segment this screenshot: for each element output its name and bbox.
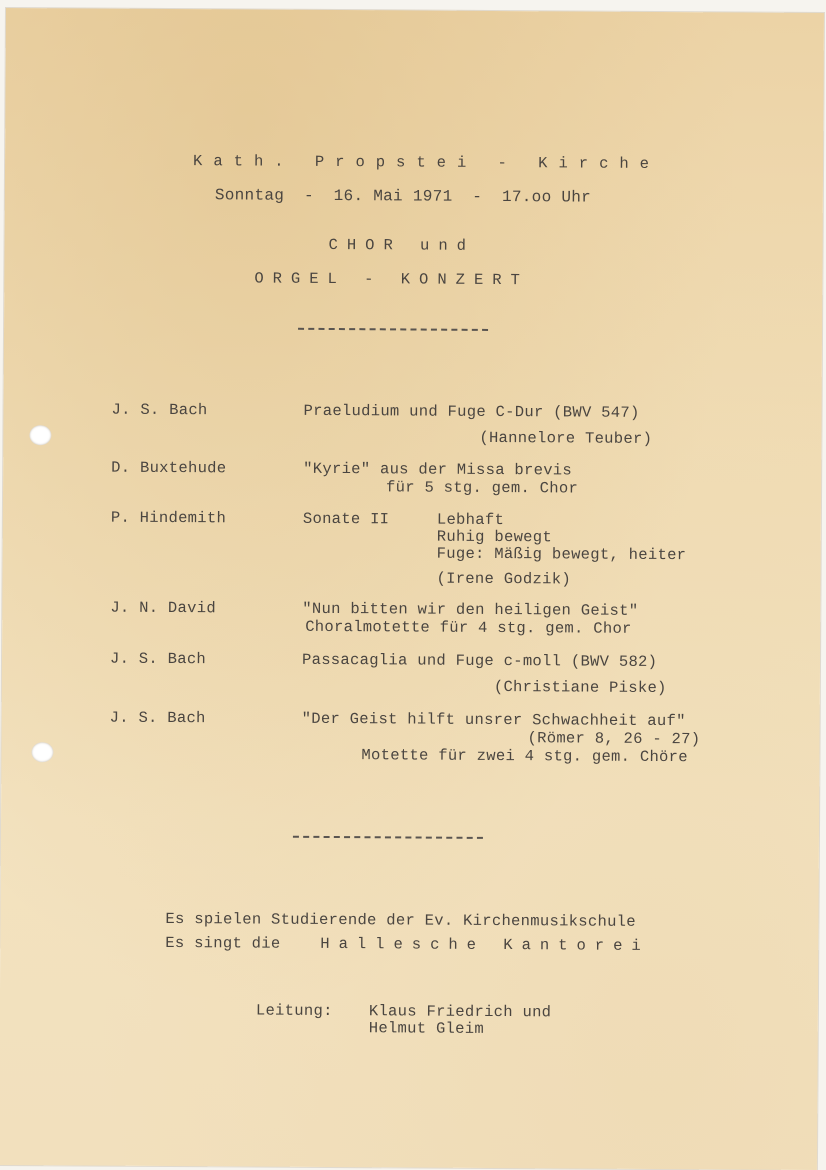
venue-heading: Kath. Propstei - Kirche [193,153,660,173]
date-line: Sonntag - 16. Mai 1971 - 17.oo Uhr [215,187,591,206]
composer-5: J. S. Bach [110,651,206,669]
work-4-line-1: "Nun bitten wir den heiligen Geist" [302,601,638,620]
divider-top [298,328,488,331]
movement-3-2: Ruhig bewegt [437,529,552,547]
work-3-title: Sonate II [303,511,390,529]
title-line-2: ORGEL - KONZERT [254,271,529,290]
concert-program-page: Kath. Propstei - Kirche Sonntag - 16. Ma… [0,8,824,1169]
composer-1: J. S. Bach [111,402,207,420]
movement-3-1: Lebhaft [437,512,504,529]
title-line-1: CHOR und [329,237,476,255]
director-2: Helmut Gleim [369,1020,484,1038]
work-6-line-2: (Römer 8, 26 - 27) [527,730,700,748]
work-6-line-1: "Der Geist hilft unsrer Schwachheit auf" [302,711,686,730]
work-2-line-2: für 5 stg. gem. Chor [386,479,578,497]
divider-bottom [293,836,483,839]
work-5-line-1: Passacaglia und Fuge c-moll (BWV 582) [302,652,657,671]
punch-hole-bottom [31,742,53,762]
work-1-line-1: Praeludium und Fuge C-Dur (BWV 547) [303,403,639,422]
direction-label: Leitung: [256,1003,333,1020]
work-4-line-2: Choralmotette für 4 stg. gem. Chor [305,619,632,638]
performer-5: (Christiane Piske) [494,679,667,697]
footer-choir-name: Hallesche Kantorei [320,936,650,955]
work-2-line-1: "Kyrie" aus der Missa brevis [303,461,572,480]
punch-hole-top [29,425,51,445]
movement-3-3: Fuge: Mäßig bewegt, heiter [437,546,687,565]
footer-players-line: Es spielen Studierende der Ev. Kirchenmu… [165,911,636,931]
performer-3: (Irene Godzik) [436,571,571,589]
composer-6: J. S. Bach [110,710,206,728]
composer-3: P. Hindemith [111,510,226,528]
work-6-line-3: Motette für zwei 4 stg. gem. Chöre [361,747,688,766]
composer-4: J. N. David [110,600,216,618]
footer-choir-prefix: Es singt die [165,935,280,953]
performer-1: (Hannelore Teuber) [479,430,652,448]
composer-2: D. Buxtehude [111,460,226,478]
